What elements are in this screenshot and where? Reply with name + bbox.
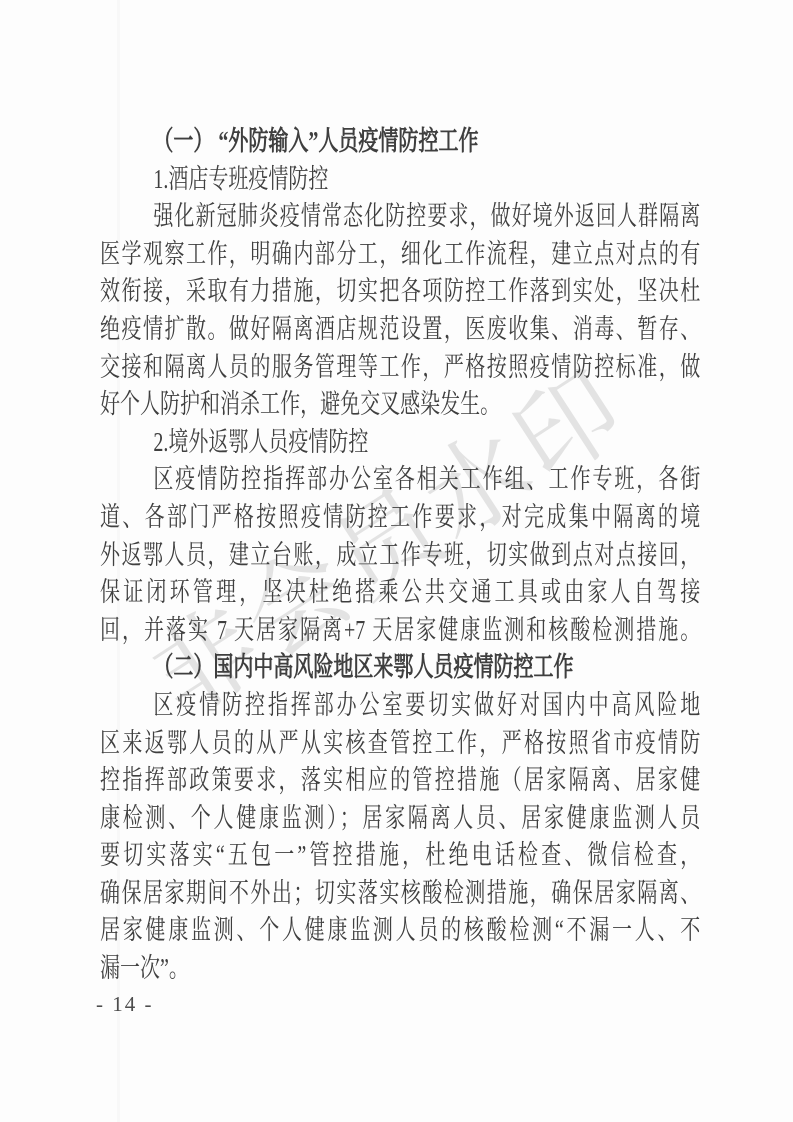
text-line: 好个人防护和消杀工作，避免交叉感染发生。	[100, 386, 700, 424]
text-line: 强化新冠肺炎疫情常态化防控要求，做好境外返回人群隔离	[100, 198, 700, 236]
text-line: 康检测、个人健康监测）；居家隔离人员、居家健康监测人员	[100, 800, 700, 838]
text-line: 效衔接，采取有力措施，切实把各项防控工作落到实处，坚决杜	[100, 273, 700, 311]
text-line: 居家健康监测、个人健康监测人员的核酸检测“不漏一人、不	[100, 912, 700, 950]
page-number: - 14 -	[96, 992, 154, 1017]
text-line: 外返鄂人员，建立台账，成立工作专班，切实做到点对点接回，	[100, 537, 700, 575]
text-line: 区来返鄂人员的从严从实核查管控工作，严格按照省市疫情防	[100, 725, 700, 763]
section-heading: （二）国内中高风险地区来鄂人员疫情防控工作	[100, 649, 700, 687]
document-page: 非会员水印 （一） “外防输入”人员疫情防控工作1.酒店专班疫情防控强化新冠肺炎…	[0, 0, 793, 1122]
text-line: 医学观察工作，明确内部分工，细化工作流程，建立点对点的有	[100, 236, 700, 274]
text-line: 2.境外返鄂人员疫情防控	[100, 424, 700, 462]
text-line: 绝疫情扩散。做好隔离酒店规范设置，医废收集、消毒、暂存、	[100, 311, 700, 349]
document-body: （一） “外防输入”人员疫情防控工作1.酒店专班疫情防控强化新冠肺炎疫情常态化防…	[100, 123, 700, 988]
section-heading: （一） “外防输入”人员疫情防控工作	[100, 123, 700, 161]
text-line: 保证闭环管理，坚决杜绝搭乘公共交通工具或由家人自驾接	[100, 574, 700, 612]
text-line: 回，并落实 7 天居家隔离+7 天居家健康监测和核酸检测措施。	[100, 612, 700, 650]
text-line: 确保居家期间不外出；切实落实核酸检测措施，确保居家隔离、	[100, 875, 700, 913]
text-line: 道、各部门严格按照疫情防控工作要求，对完成集中隔离的境	[100, 499, 700, 537]
text-line: 漏一次”。	[100, 950, 700, 988]
text-line: 要切实落实“五包一”管控措施，杜绝电话检查、微信检查，	[100, 837, 700, 875]
text-line: 区疫情防控指挥部办公室各相关工作组、工作专班，各街	[100, 461, 700, 499]
text-line: 区疫情防控指挥部办公室要切实做好对国内中高风险地	[100, 687, 700, 725]
text-line: 1.酒店专班疫情防控	[100, 161, 700, 199]
text-line: 交接和隔离人员的服务管理等工作，严格按照疫情防控标准，做	[100, 349, 700, 387]
text-line: 控指挥部政策要求，落实相应的管控措施（居家隔离、居家健	[100, 762, 700, 800]
